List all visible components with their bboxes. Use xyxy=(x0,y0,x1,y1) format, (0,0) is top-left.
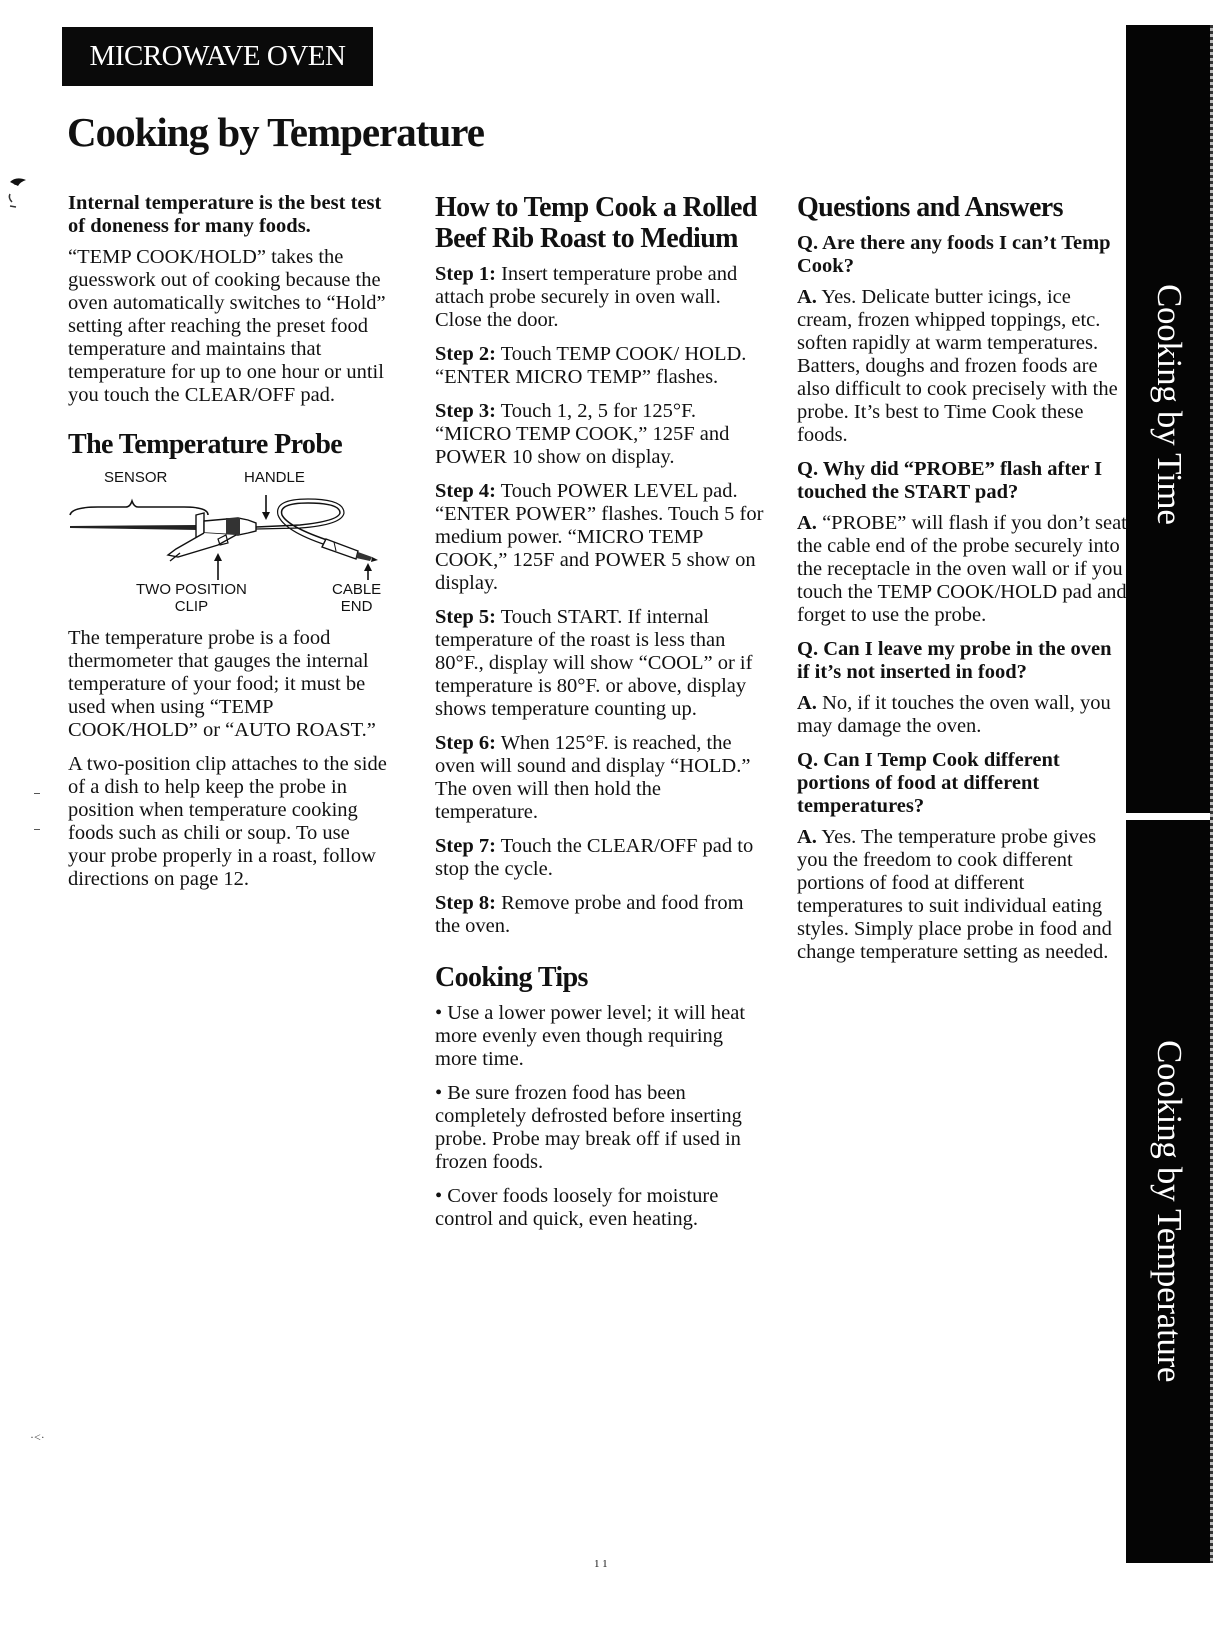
step-6: Step 6: When 125°F. is reached, the oven… xyxy=(435,732,765,824)
decorative-bug-icon xyxy=(6,176,32,212)
roast-instructions-heading: How to Temp Cook a Rolled Beef Rib Roast… xyxy=(435,192,765,254)
section-label: MICROWAVE OVEN xyxy=(90,40,346,73)
question: Q. Why did “PROBE” flash after I touched… xyxy=(797,458,1127,504)
question: Q. Are there any foods I can’t Temp Cook… xyxy=(797,232,1127,278)
margin-mark xyxy=(34,829,40,830)
temperature-probe-diagram: SENSOR HANDLE xyxy=(68,469,388,619)
middle-column: How to Temp Cook a Rolled Beef Rib Roast… xyxy=(435,192,765,1242)
answer: A. Yes. Delicate butter icings, ice crea… xyxy=(797,286,1127,447)
stray-mark: ·<· xyxy=(30,1430,45,1445)
step-8: Step 8: Remove probe and food from the o… xyxy=(435,892,765,938)
cable-end-label: CABLE END xyxy=(332,581,381,615)
probe-illustration xyxy=(68,485,388,580)
step-7: Step 7: Touch the CLEAR/OFF pad to stop … xyxy=(435,835,765,881)
tab-edge-texture xyxy=(1210,25,1213,1563)
question: Q. Can I leave my probe in the oven if i… xyxy=(797,638,1127,684)
tip-item: • Be sure frozen food has been completel… xyxy=(435,1082,765,1174)
question: Q. Can I Temp Cook different portions of… xyxy=(797,749,1127,818)
handle-label: HANDLE xyxy=(244,469,305,486)
clip-label: TWO POSITION CLIP xyxy=(136,581,247,615)
tip-item: • Cover foods loosely for moisture contr… xyxy=(435,1185,765,1231)
page-number: 11 xyxy=(594,1558,611,1570)
step-2: Step 2: Touch TEMP COOK/ HOLD. “ENTER MI… xyxy=(435,343,765,389)
answer: A. “PROBE” will flash if you don’t seat … xyxy=(797,512,1127,627)
probe-heading: The Temperature Probe xyxy=(68,429,388,460)
clip-description: A two-position clip attaches to the side… xyxy=(68,753,388,891)
step-5: Step 5: Touch START. If internal tempera… xyxy=(435,606,765,721)
step-3: Step 3: Touch 1, 2, 5 for 125°F. “MICRO … xyxy=(435,400,765,469)
page-title: Cooking by Temperature xyxy=(67,108,484,156)
side-tab-cooking-by-time[interactable]: Cooking by Time xyxy=(1126,25,1212,813)
side-tab-cooking-by-temperature[interactable]: Cooking by Temperature xyxy=(1126,820,1212,1563)
step-4: Step 4: Touch POWER LEVEL pad. “ENTER PO… xyxy=(435,480,765,595)
side-tab-label: Cooking by Temperature xyxy=(1149,1040,1189,1382)
right-column: Questions and Answers Q. Are there any f… xyxy=(797,192,1127,975)
side-tab-label: Cooking by Time xyxy=(1149,284,1189,525)
answer: A. No, if it touches the oven wall, you … xyxy=(797,692,1127,738)
sensor-label: SENSOR xyxy=(104,469,167,486)
cooking-tips-heading: Cooking Tips xyxy=(435,962,765,993)
intro-paragraph: “TEMP COOK/HOLD” takes the guesswork out… xyxy=(68,246,388,407)
left-column: Internal temperature is the best test of… xyxy=(68,192,388,902)
answer: A. Yes. The temperature probe gives you … xyxy=(797,826,1127,964)
probe-description: The temperature probe is a food thermome… xyxy=(68,627,388,742)
side-thumb-tabs: Cooking by Time Cooking by Temperature xyxy=(1126,25,1212,1563)
qa-heading: Questions and Answers xyxy=(797,192,1127,223)
margin-mark xyxy=(34,793,40,794)
tip-item: • Use a lower power level; it will heat … xyxy=(435,1002,765,1071)
step-1: Step 1: Insert temperature probe and att… xyxy=(435,263,765,332)
lead-statement: Internal temperature is the best test of… xyxy=(68,192,388,238)
section-header-badge: MICROWAVE OVEN xyxy=(62,27,373,86)
